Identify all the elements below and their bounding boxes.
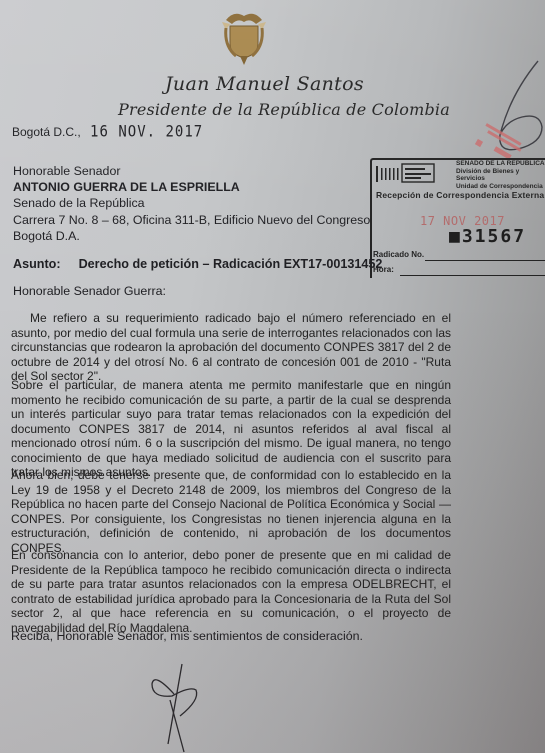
date-stamp: 16 NOV. 2017 <box>90 123 203 141</box>
closing-line: Reciba, Honorable Senador, mis sentimien… <box>11 629 363 643</box>
recipient-institution: Senado de la República <box>13 195 370 211</box>
date-line: Bogotá D.C., 16 NOV. 2017 <box>12 124 203 140</box>
stamp-number: ■31567 <box>449 226 526 247</box>
subject-label: Asunto: <box>13 257 61 271</box>
stamp-header: SENADO DE LA REPÚBLICA División de Biene… <box>456 160 545 190</box>
senate-logo-icon <box>376 162 436 184</box>
body-paragraph: Ahora bien, debe tenerse presente que, d… <box>11 468 451 555</box>
letterhead-title: Presidente de la República de Colombia <box>118 100 450 119</box>
greeting: Honorable Senador Guerra: <box>13 284 166 298</box>
stamp-title: Recepción de Correspondencia Externa <box>376 190 544 200</box>
coat-of-arms-icon <box>216 8 272 66</box>
recipient-city: Bogotá D.A. <box>13 228 370 244</box>
body-paragraph: Me refiero a su requerimiento radicado b… <box>11 311 451 384</box>
subject-line: Asunto:Derecho de petición – Radicación … <box>13 257 382 271</box>
recipient-salutation: Honorable Senador <box>13 163 370 179</box>
body-paragraph: En consonancia con lo anterior, debo pon… <box>11 548 451 635</box>
body-paragraph: Sobre el particular, de manera atenta me… <box>11 378 451 480</box>
stamp-line <box>425 260 545 261</box>
letterhead-name: Juan Manuel Santos <box>165 73 364 95</box>
recipient-address: Carrera 7 No. 8 – 68, Oficina 311-B, Edi… <box>13 212 370 228</box>
date-place: Bogotá D.C., <box>12 125 81 139</box>
recipient-name: ANTONIO GUERRA DE LA ESPRIELLA <box>13 179 370 195</box>
stamp-line <box>400 275 545 276</box>
signature-icon <box>140 660 210 753</box>
recipient-block: Honorable Senador ANTONIO GUERRA DE LA E… <box>13 163 370 244</box>
subject-text: Derecho de petición – Radicación EXT17-0… <box>79 257 383 271</box>
red-received-stamp <box>472 118 545 163</box>
